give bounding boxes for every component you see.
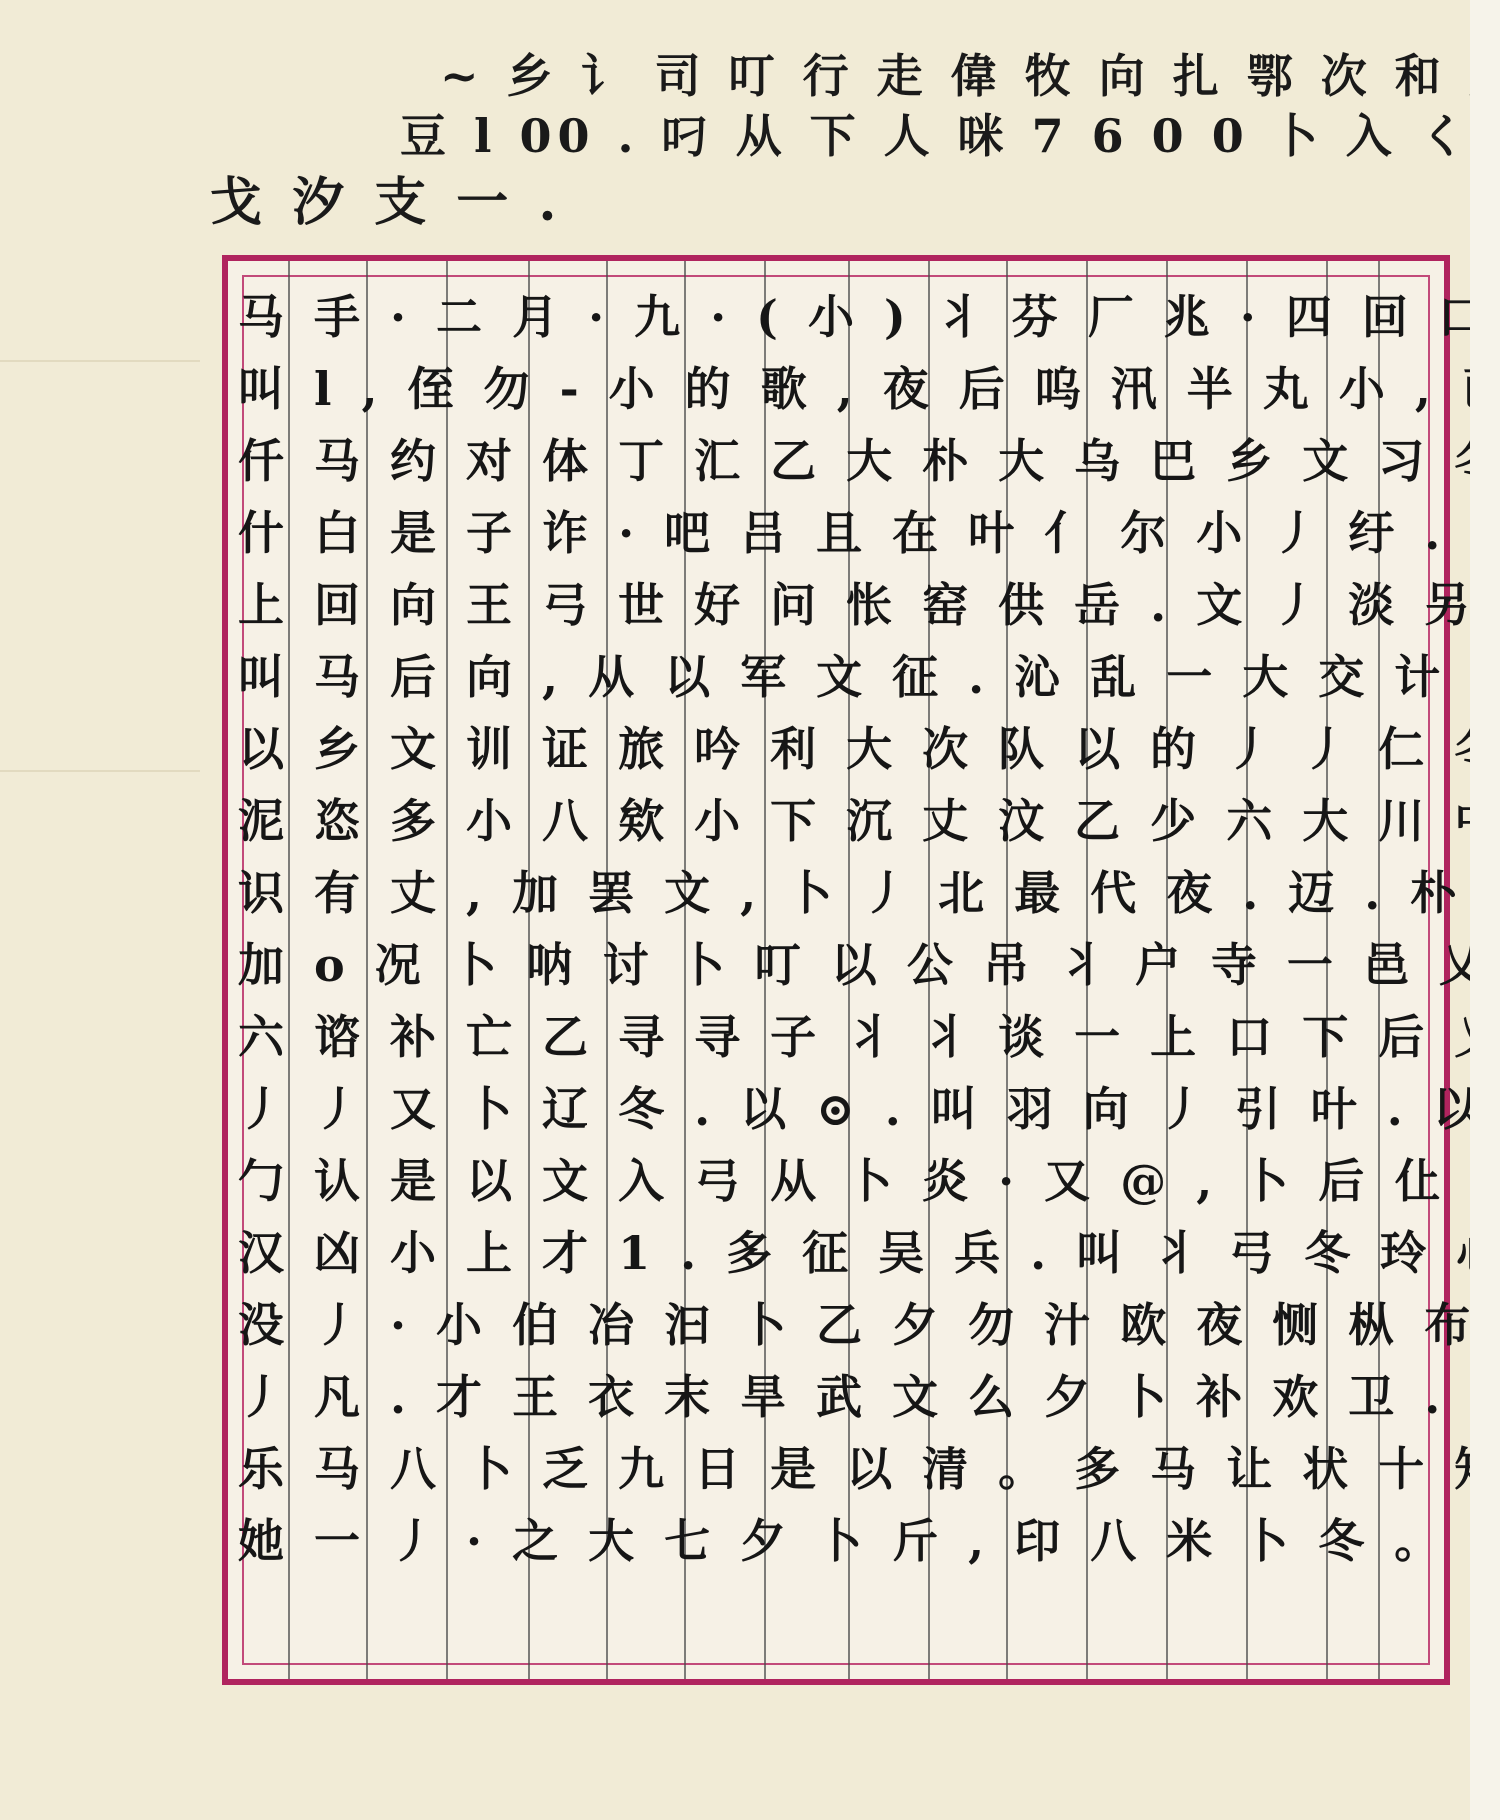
- text-line: 识 有 丈 , 加 罢 文 , 卜 丿 北 最 代 夜 . 迈 . 朴 上 火 …: [238, 857, 1500, 923]
- text-line: 丿 丿 又 卜 辽 冬 . 以 ⊙ . 叫 羽 向 丿 引 叶 . 以 丿 外 …: [238, 1073, 1500, 1139]
- text-line: 以 乡 文 训 证 旅 吟 利 大 次 队 以 的 丿 丿 仁 冬 。 回 川 …: [238, 713, 1500, 779]
- text-line: 叫 马 后 向 , 从 以 军 文 征 . 沁 乱 一 大 交 计 消 多 一 …: [238, 641, 1500, 707]
- header-line: ~ 乡 讠 司 叮 行 走 偉 牧 向 扎 鄂 次 和 丈: [440, 40, 1500, 106]
- text-line: 上 回 向 王 弓 世 好 问 怅 窑 供 岳 . 文 丿 淡 另 于 , 子 …: [238, 569, 1500, 635]
- text-line: 叫 l , 侄 勿 - 小 的 歌 , 夜 后 呜 汛 半 丸 小 , 已 无 …: [238, 353, 1500, 419]
- text-line: 丿 凡 . 才 王 衣 末 旱 武 文 么 夕 卜 补 欢 卫 . 巿 以 叫 …: [238, 1361, 1500, 1427]
- text-line: 乐 马 八 卜 乏 九 日 是 以 清 。 多 马 让 状 十 知 此 道 旦: [238, 1433, 1500, 1499]
- page-fold: [0, 360, 200, 362]
- paper-page: ~ 乡 讠 司 叮 行 走 偉 牧 向 扎 鄂 次 和 丈 豆 l 00 . 叼…: [0, 0, 1470, 1820]
- text-line: 汉 凶 小 上 才 1 . 多 征 吴 兵 . 叫 丬 弓 冬 玲 心 亡 小 …: [238, 1217, 1500, 1283]
- text-line: 她 一 丿 · 之 大 七 夕 卜 斤 , 印 八 米 卜 冬 。: [238, 1505, 1447, 1571]
- manuscript-grid: 马 手 · 二 月 · 九 · ( 小 ) 丬 芬 厂 兆 · 四 回 口 县 …: [222, 255, 1450, 1685]
- text-line: 马 手 · 二 月 · 九 · ( 小 ) 丬 芬 厂 兆 · 四 回 口 县 …: [238, 281, 1500, 347]
- page-edge: [1470, 0, 1500, 1820]
- header-line: 豆 l 00 . 叼 从 下 人 咪 7 6 0 0 卜 入 く ,: [400, 100, 1500, 166]
- text-line: 勹 认 是 以 文 入 弓 从 卜 炎 · 又 @ , 卜 后 仩 讣 为 . …: [238, 1145, 1500, 1211]
- text-line: 六 谘 补 亡 乙 寻 寻 子 丬 丬 谈 一 上 口 下 后 乂 后 上 卜 …: [238, 1001, 1500, 1067]
- text-line: 加 ο 况 卜 呐 讨 卜 叮 以 公 吊 丬 户 寺 一 邑 乂 辽 义 火 …: [238, 929, 1500, 995]
- page-fold: [0, 770, 200, 772]
- signature-line: 戈 汐 支 一 .: [210, 160, 563, 235]
- text-line: 仟 马 约 对 体 丁 汇 乙 大 朴 大 乌 巴 乡 文 习 冬 .: [238, 425, 1500, 491]
- text-line: 什 白 是 子 诈 · 吧 吕 且 在 叶 亻 尔 小 丿 纡 . 疋 见: [238, 497, 1500, 563]
- text-line: 没 丿 · 小 伯 冶 汩 卜 乙 夕 勿 汁 欧 夜 恻 枞 布 孔 入 四 …: [238, 1289, 1500, 1355]
- text-line: 泥 恣 多 小 八 欸 小 下 沉 丈 汶 乙 少 六 大 川 中 三 文 · …: [238, 785, 1500, 851]
